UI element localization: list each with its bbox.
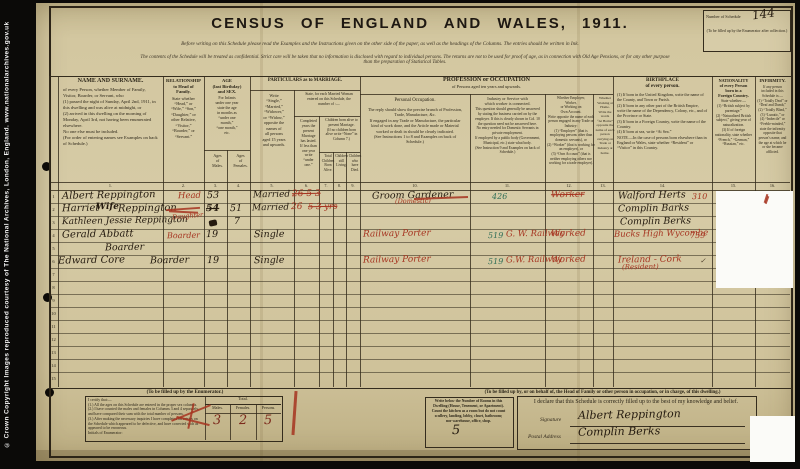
entry-age-male: 19 bbox=[207, 254, 219, 267]
head-section-title: (To be filled up by, or on behalf of, th… bbox=[415, 388, 790, 396]
entry-age-struck: 54 bbox=[206, 202, 219, 215]
row-line bbox=[49, 281, 790, 282]
col-header-nationality-body: State whether:— (1) “British subject by … bbox=[712, 98, 755, 148]
schedule-number-label: Number of Schedule bbox=[706, 14, 750, 19]
totals-value-persons: 5 bbox=[264, 414, 273, 427]
entry-relationship: Head bbox=[178, 190, 201, 203]
col-group-occupation-title: PROFESSION or OCCUPATION bbox=[360, 76, 613, 84]
column-number: 9. bbox=[346, 182, 360, 190]
grid-line bbox=[204, 150, 250, 151]
entry-age-male: 53 bbox=[207, 189, 219, 202]
col-header-relationship-body: State whether “Head,” or “Wife,” “Son,” … bbox=[163, 95, 204, 141]
column-number: 13. bbox=[593, 182, 613, 190]
row-line bbox=[49, 333, 790, 334]
column-number: 8. bbox=[333, 182, 346, 190]
entry-name-continuation: Boarder bbox=[105, 241, 144, 255]
col-header-name: NAME AND SURNAME. of every Person, wheth… bbox=[58, 76, 163, 182]
col-header-children-caption: Children born alive to present Marriage.… bbox=[319, 117, 364, 154]
entry-marriage: Single bbox=[254, 254, 285, 268]
entry-birthplace: Complin Berks bbox=[620, 214, 691, 228]
redaction-patch bbox=[750, 416, 795, 462]
col-header-age-title: AGE (last Birthday) and SEX. bbox=[204, 76, 250, 95]
instruction-line-2: The contents of the Schedule will be tre… bbox=[55, 55, 755, 65]
col-header-birthplace-title: BIRTHPLACE of every person. bbox=[613, 76, 712, 90]
row-number: 11 bbox=[49, 320, 58, 333]
col-header-infirmity-title: INFIRMITY. bbox=[755, 76, 790, 84]
schedule-number-note: (To be filled up by the Enumerator after… bbox=[706, 29, 788, 34]
row-number: 7 bbox=[49, 268, 58, 281]
entry-nationality-mark: ✓ bbox=[700, 255, 706, 268]
column-number: 11. bbox=[470, 182, 545, 190]
column-number: 15. bbox=[712, 182, 755, 190]
entry-marriage: Married bbox=[253, 189, 290, 203]
col-header-birthplace: BIRTHPLACE of every person. (1) If born … bbox=[613, 76, 712, 182]
census-title: CENSUS OF ENGLAND AND WALES, 1911. bbox=[170, 15, 670, 32]
row-number: 12 bbox=[49, 333, 58, 346]
col-header-nationality: NATIONALITY of every Person born in a Fo… bbox=[712, 76, 755, 182]
col-group-marriage: PARTICULARS as to MARRIAGE. bbox=[250, 76, 360, 91]
signature-label: Signature bbox=[540, 417, 561, 423]
row-number: 9 bbox=[49, 294, 58, 307]
declaration-text: I declare that this Schedule is correctl… bbox=[521, 399, 751, 405]
col-header-marriage-condition: Write “Single,” “Married,” “Widower,” or… bbox=[250, 92, 298, 184]
totals-header-females: Females. bbox=[230, 405, 256, 413]
totals-header-persons: Persons. bbox=[256, 405, 281, 413]
row-number: 6 bbox=[49, 255, 58, 268]
row-number: 3 bbox=[49, 216, 58, 229]
entry-status: Worked bbox=[551, 228, 586, 242]
col-header-infirmity: INFIRMITY. If any person included in thi… bbox=[755, 76, 790, 182]
rooms-value: 5 bbox=[452, 424, 461, 437]
col-header-personal-occupation: Personal Occupation. The reply should sh… bbox=[360, 94, 470, 182]
entry-relationship: Boarder bbox=[167, 229, 200, 243]
entry-occupation: Railway Porter bbox=[363, 253, 431, 267]
col-header-name-title: NAME AND SURNAME. bbox=[58, 76, 163, 85]
row-number: 8 bbox=[49, 281, 58, 294]
entry-birthplace-code: 759 bbox=[690, 229, 706, 242]
row-line bbox=[49, 320, 790, 321]
row-line bbox=[49, 372, 790, 373]
col-header-personal-occupation-body: The reply should show the precise branch… bbox=[360, 104, 470, 148]
entry-name: Gerald Abbatt bbox=[62, 227, 134, 241]
entry-marriage: Married bbox=[252, 202, 289, 216]
row-line bbox=[49, 242, 790, 243]
signature-value: Albert Reppington bbox=[578, 407, 681, 422]
rooms-instructions: Write below the Number of Rooms in this … bbox=[427, 399, 510, 424]
col-header-relationship-title: RELATIONSHIP to Head of Family. bbox=[163, 76, 204, 95]
col-header-marriage-caption: State, for each Married Woman entered on… bbox=[294, 91, 364, 118]
enumerator-certification: I certify that:— (1.) All the ages on th… bbox=[88, 398, 202, 436]
totals-value-females: 2 bbox=[239, 414, 248, 427]
row-line bbox=[49, 359, 790, 360]
enumerator-section-title: (To be filled up by the Enumerator.) bbox=[85, 388, 285, 396]
copyright-strip: © Crown Copyright Images reproduced cour… bbox=[1, 0, 13, 469]
column-number: 2. bbox=[163, 182, 204, 190]
row-line bbox=[49, 294, 790, 295]
col-header-nationality-title: NATIONALITY of every Person born in a Fo… bbox=[712, 76, 755, 98]
col-header-industry-body: This question should generally be answer… bbox=[470, 106, 545, 156]
entry-occupation-code: 519 bbox=[488, 229, 504, 242]
column-number: 4. bbox=[227, 182, 250, 190]
col-header-relationship: RELATIONSHIP to Head of Family. State wh… bbox=[163, 76, 204, 182]
entry-name: Edward Core bbox=[58, 253, 125, 267]
entry-occupation: Railway Porter bbox=[363, 227, 431, 241]
col-header-personal-occupation-label: Personal Occupation. bbox=[360, 94, 470, 104]
census-document-scan: © Crown Copyright Images reproduced cour… bbox=[0, 0, 800, 469]
entry-status: Worker bbox=[551, 189, 585, 203]
entry-occupation-note: (Domestic) bbox=[395, 197, 431, 206]
col-header-industry: Industry or Service with which worker is… bbox=[470, 94, 545, 182]
row-number: 15 bbox=[49, 372, 58, 385]
schedule-number-value: 144 bbox=[751, 6, 775, 22]
col-group-occupation-subtitle: of Persons aged ten years and upwards. bbox=[360, 84, 613, 90]
instruction-line-1: Before writing on this Schedule please r… bbox=[60, 41, 700, 47]
entry-birthplace-note: (Resident) bbox=[622, 263, 659, 273]
entry-occupation-code: 519 bbox=[488, 255, 504, 268]
entry-age-female: 7 bbox=[234, 215, 240, 228]
entry-age-male: 19 bbox=[206, 228, 218, 241]
entry-marriage: Single bbox=[254, 228, 285, 242]
col-header-birthplace-body: (1) If born in the United Kingdom, write… bbox=[613, 90, 712, 152]
entry-marriage-red-marks: 26 5 3 bbox=[292, 188, 321, 201]
address-label: Postal Address bbox=[528, 434, 561, 440]
row-number: 13 bbox=[49, 346, 58, 359]
entry-birthplace: Complin Barks bbox=[618, 201, 689, 215]
grid-line bbox=[230, 405, 231, 440]
entry-marriage-years: 26 bbox=[291, 201, 303, 214]
entry-status: Worked bbox=[551, 254, 586, 268]
col-header-industry-label: Industry or Service with which worker is… bbox=[470, 94, 545, 106]
col-header-employment-status: Whether Employer, Worker, or Working on … bbox=[545, 95, 597, 184]
redaction-patch bbox=[716, 191, 793, 288]
col-header-age-note: For Infants under one year state the age… bbox=[204, 95, 250, 138]
address-value: Complin Berks bbox=[578, 424, 661, 438]
row-line bbox=[49, 307, 790, 308]
col-group-occupation: PROFESSION or OCCUPATION of Persons aged… bbox=[360, 76, 613, 94]
entry-birthplace: Walford Herts bbox=[618, 188, 686, 202]
entry-occupation-code: 426 bbox=[492, 190, 508, 203]
row-number: 1 bbox=[49, 190, 58, 203]
entry-marriage-red-marks: 5 3 yrs bbox=[308, 201, 338, 215]
entry-name-inserted: Wife bbox=[96, 201, 119, 214]
column-number: 16. bbox=[755, 182, 790, 190]
col-header-infirmity-body: If any person included in this Schedule … bbox=[755, 84, 790, 156]
row-line bbox=[49, 346, 790, 347]
entry-birthplace-code: 310 bbox=[692, 190, 708, 203]
schedule-number-box: Number of Schedule 144 (To be filled up … bbox=[703, 10, 791, 52]
row-number: 14 bbox=[49, 359, 58, 372]
entry-name: Harriet bbox=[62, 202, 100, 216]
col-header-name-body: of every Person, whether Member of Famil… bbox=[58, 85, 163, 149]
totals-label: Total. bbox=[205, 396, 281, 405]
grid-line bbox=[256, 405, 257, 440]
column-number: 7. bbox=[319, 182, 333, 190]
entry-relationship: Boarder bbox=[150, 254, 189, 268]
row-number: 2 bbox=[49, 203, 58, 216]
row-number: 5 bbox=[49, 242, 58, 255]
entry-age-female: 51 bbox=[230, 202, 242, 215]
totals-value-males: 3 bbox=[213, 414, 222, 427]
row-number: 4 bbox=[49, 229, 58, 242]
row-line bbox=[49, 268, 790, 269]
row-number: 10 bbox=[49, 307, 58, 320]
